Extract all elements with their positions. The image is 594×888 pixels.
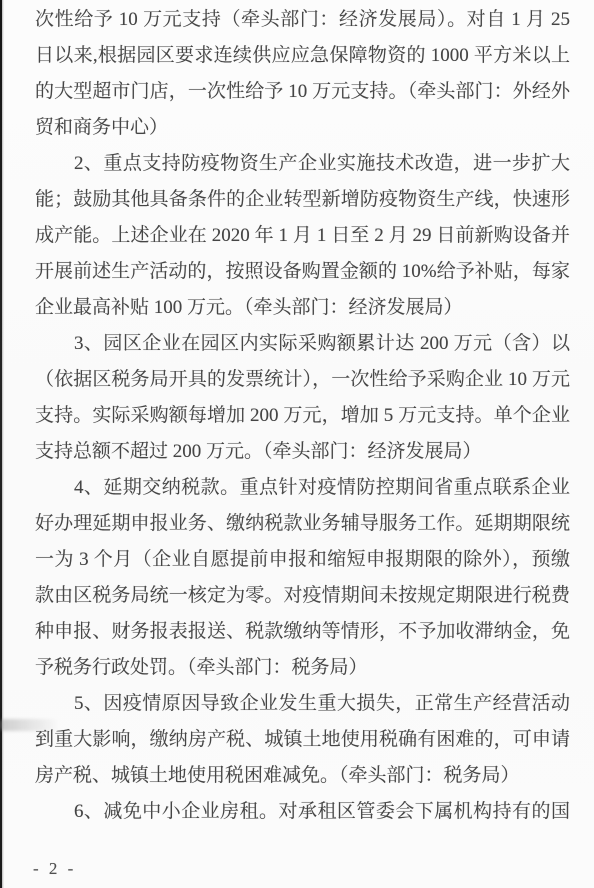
text-line: 支持总额不超过 200 万元。（牵头部门：经济发展局） (35, 434, 570, 470)
document-body: 次性给予 10 万元支持（牵头部门：经济发展局）。对自 1 月 25日以来,根据… (35, 2, 570, 830)
text-line: 能；鼓励其他具备条件的企业转型新增防疫物资生产线，快速形 (35, 182, 570, 218)
text-line: 3、园区企业在园区内实际采购额累计达 200 万元（含）以上 (35, 326, 570, 362)
scan-edge-shadow (2, 0, 4, 888)
text-line: 4、延期交纳税款。重点针对疫情防控期间省重点联系企业做 (35, 470, 570, 506)
text-line: 2、重点支持防疫物资生产企业实施技术改造，进一步扩大产 (35, 146, 570, 182)
text-line: 成产能。上述企业在 2020 年 1 月 1 日至 2 月 29 日前新购设备并 (35, 218, 570, 254)
text-line: 企业最高补贴 100 万元。（牵头部门：经济发展局） (35, 290, 570, 326)
text-line: 一为 3 个月（企业自愿提前申报和缩短申报期限的除外），预缴税 (35, 542, 570, 578)
text-line: 贸和商务中心） (35, 110, 570, 146)
text-line: （依据区税务局开具的发票统计），一次性给予采购企业 10 万元 (35, 362, 570, 398)
text-line: 的大型超市门店，一次性给予 10 万元支持。（牵头部门：外经外 (35, 74, 570, 110)
document-page: 次性给予 10 万元支持（牵头部门：经济发展局）。对自 1 月 25日以来,根据… (0, 0, 594, 888)
text-line: 5、因疫情原因导致企业发生重大损失，正常生产经营活动受 (35, 686, 570, 722)
text-line: 日以来,根据园区要求连续供应应急保障物资的 1000 平方米以上 (35, 38, 570, 74)
text-line: 款由区税务局统一核定为零。对疫情期间未按规定期限进行税费 (35, 578, 570, 614)
text-line: 到重大影响，缴纳房产税、城镇土地使用税确有困难的，可申请 (35, 722, 570, 758)
page-number: - 2 - (33, 858, 76, 880)
text-line: 予税务行政处罚。（牵头部门：税务局） (35, 650, 570, 686)
text-line: 6、减免中小企业房租。对承租区管委会下属机构持有的国有 (35, 794, 570, 830)
text-line: 房产税、城镇土地使用税困难减免。（牵头部门：税务局） (35, 758, 570, 794)
text-line: 次性给予 10 万元支持（牵头部门：经济发展局）。对自 1 月 25 (35, 2, 570, 38)
text-line: 支持。实际采购额每增加 200 万元，增加 5 万元支持。单个企业 (35, 398, 570, 434)
text-line: 好办理延期申报业务、缴纳税款业务辅导服务工作。延期期限统 (35, 506, 570, 542)
text-line: 种申报、财务报表报送、税款缴纳等情形，不予加收滞纳金，免 (35, 614, 570, 650)
text-line: 开展前述生产活动的，按照设备购置金额的 10%给予补贴，每家 (35, 254, 570, 290)
